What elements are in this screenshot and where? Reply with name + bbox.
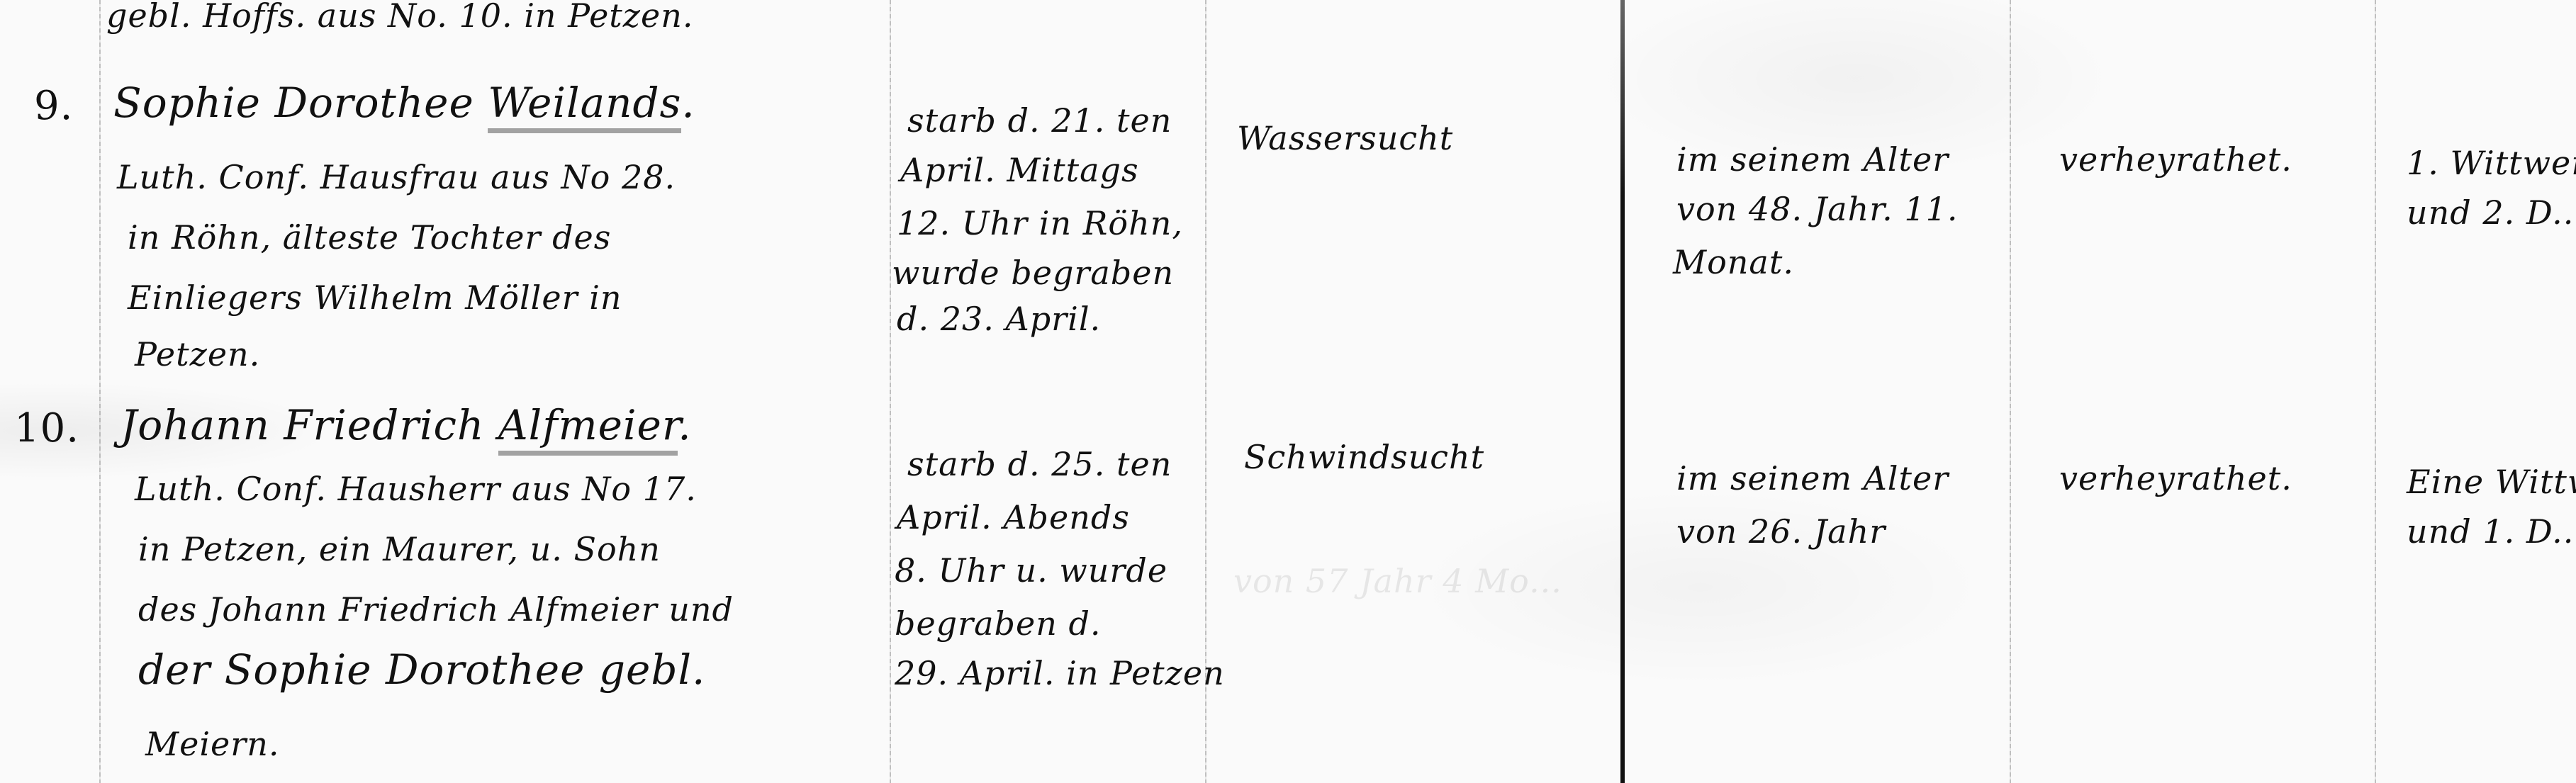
- description-line: Petzen.: [135, 333, 260, 376]
- column-rule-thick: [1620, 0, 1625, 783]
- description-line: der Sophie Dorothee gebl.: [138, 648, 705, 691]
- survivors-line: 1. Wittwer: [2407, 142, 2576, 184]
- death-line: 29. April. in Petzen: [895, 652, 1225, 694]
- death-line: starb d. 25. ten: [907, 443, 1172, 485]
- given-names: Sophie Dorothee: [113, 79, 474, 127]
- given-names: Johann Friedrich: [121, 401, 484, 449]
- death-line: starb d. 21. ten: [907, 99, 1172, 142]
- death-line: 12. Uhr in Röhn,: [897, 202, 1183, 244]
- column-rule-5: [2010, 0, 2011, 783]
- description-line: Einliegers Wilhelm Möller in: [128, 276, 622, 319]
- death-line: 8. Uhr u. wurde: [895, 549, 1167, 592]
- description-line: Luth. Conf. Hausfrau aus No 28.: [117, 156, 676, 198]
- description-line: Luth. Conf. Hausherr aus No 17.: [135, 468, 697, 510]
- cause-of-death: Wassersucht: [1237, 117, 1453, 159]
- age-line: im seinem Alter: [1676, 457, 1949, 500]
- description-line: Meiern.: [145, 723, 280, 765]
- survivors-line: und 1. D...: [2407, 510, 2576, 553]
- column-rule-6: [2375, 0, 2376, 783]
- age-line: von 48. Jahr. 11.: [1676, 188, 1959, 230]
- marital-status: verheyrathet.: [2059, 138, 2292, 181]
- age-line: von 26. Jahr: [1676, 510, 1886, 553]
- entry-number: 9.: [34, 85, 73, 128]
- entry-name: Johann Friedrich Alfmeier.: [121, 404, 692, 446]
- cause-of-death: Schwindsucht: [1244, 436, 1484, 478]
- death-line: April. Mittags: [900, 149, 1139, 191]
- description-line: des Johann Friedrich Alfmeier und: [138, 588, 734, 631]
- marital-status: verheyrathet.: [2059, 457, 2292, 500]
- register-page: gebl. Hoffs. aus No. 10. in Petzen. 9. S…: [0, 0, 2576, 783]
- entry-number: 10.: [14, 407, 79, 450]
- death-line: begraben d.: [895, 602, 1102, 645]
- description-line: in Röhn, älteste Tochter des: [128, 216, 611, 259]
- description-line: in Petzen, ein Maurer, u. Sohn: [138, 528, 661, 570]
- surname: Weilands: [488, 79, 681, 133]
- entry-name: Sophie Dorothee Weilands.: [113, 81, 695, 124]
- carryover-line: gebl. Hoffs. aus No. 10. in Petzen.: [106, 0, 693, 37]
- death-line: wurde begraben: [892, 252, 1174, 294]
- age-line: im seinem Alter: [1676, 138, 1949, 181]
- bleedthrough-text: von 57 Jahr 4 Mo...: [1233, 560, 1562, 602]
- survivors-line: Eine Wittwe: [2407, 461, 2576, 503]
- death-line: d. 23. April.: [897, 298, 1101, 340]
- column-rule-1: [99, 0, 101, 783]
- survivors-line: und 2. D...: [2407, 191, 2576, 234]
- death-line: April. Abends: [897, 496, 1130, 539]
- column-rule-2: [890, 0, 891, 783]
- surname: Alfmeier: [498, 401, 678, 456]
- age-line: Monat.: [1673, 241, 1794, 283]
